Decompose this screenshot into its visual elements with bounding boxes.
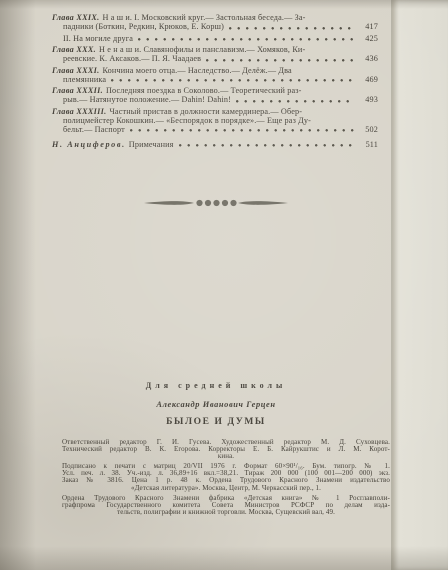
toc-entry-text: племянника — [63, 75, 106, 84]
divider-ornament-icon — [141, 197, 291, 209]
toc-entry-label: Глава XXXI. — [52, 66, 99, 75]
toc-entry-line: полицмейстер Кокошкин.— «Беспорядок в по… — [52, 116, 378, 125]
colophon-factory-paragraph: Ордена Трудового Красного Знамени фабрик… — [62, 495, 390, 516]
book-page-photo: Глава XXIX.Н а ш и. I. Московский круг.—… — [0, 0, 448, 570]
toc-entry-text: полицмейстер Кокошкин.— «Беспорядок в по… — [63, 116, 311, 125]
toc-entry-label: Глава XXIX. — [52, 13, 99, 22]
dot-leader — [236, 100, 355, 103]
toc-entry-line: II. На могиле друга425 — [52, 34, 378, 43]
toc-entry-label: Н. Анциферов. — [52, 140, 126, 149]
toc-entry-text: Н е н а ш и. Славянофилы и панславизм.— … — [99, 45, 305, 54]
book-title: БЫЛОЕ И ДУМЫ — [0, 417, 432, 427]
toc-page-number: 493 — [358, 95, 378, 104]
dot-leader — [206, 59, 355, 62]
colophon-line: «Детская литература». Москва, Центр, М. … — [62, 485, 390, 492]
bottom-edge-shadow — [0, 546, 448, 570]
dot-leader — [111, 79, 355, 82]
toc-entry-text: Кончина моего отца.— Наследство.— Делёж.… — [102, 66, 291, 75]
toc-entry: II. На могиле друга425 — [52, 34, 378, 43]
toc-entry-text: Примечания — [129, 140, 174, 149]
toc-entry-line: рыв.— Натянутое положение.— Dahin! Dahin… — [52, 95, 378, 104]
dot-leader — [138, 38, 355, 41]
divider-row — [0, 196, 432, 214]
author-name: Александр Иванович Герцен — [0, 400, 432, 409]
toc-page-number: 417 — [358, 22, 378, 31]
toc-entry-text: рыв.— Натянутое положение.— Dahin! Dahin… — [63, 95, 231, 104]
toc-entry-line: Глава XXXIII.Частный пристав в должности… — [52, 107, 378, 116]
top-edge-shadow — [0, 0, 448, 9]
colophon: Ответственный редактор Г. И. Гусева. Худ… — [62, 439, 390, 519]
toc-entry-text: реевские. К. Аксаков.— П. Я. Чаадаев — [63, 54, 201, 63]
dot-leader — [179, 144, 355, 147]
dot-leader — [229, 27, 355, 30]
toc-entry-text: II. На могиле друга — [63, 34, 133, 43]
toc-page-number: 511 — [358, 140, 378, 149]
toc-entry: Глава XXXI.Кончина моего отца.— Наследст… — [52, 66, 378, 84]
toc-entry-text: бельт.— Паспорт — [63, 125, 125, 134]
toc-entry-line: Глава XXIX.Н а ш и. I. Московский круг.—… — [52, 13, 378, 22]
toc-entry-text: падники (Боткин, Редкин, Крюков, Е. Корш… — [63, 22, 224, 31]
toc-page-number: 469 — [358, 75, 378, 84]
toc-entry-line: реевские. К. Аксаков.— П. Я. Чаадаев436 — [52, 54, 378, 63]
toc-page-number: 425 — [358, 34, 378, 43]
colophon-print-paragraph: Подписано к печати с матриц 20/VII 1976 … — [62, 463, 390, 491]
toc-entry-label: Глава XXXIII. — [52, 107, 106, 116]
gutter-shadow — [0, 0, 36, 570]
toc-entry-line: Глава XXX.Н е н а ш и. Славянофилы и пан… — [52, 45, 378, 54]
toc-entry: Глава XXIX.Н а ш и. I. Московский круг.—… — [52, 13, 378, 31]
toc-entry: Н. Анциферов.Примечания511 — [52, 140, 378, 149]
table-of-contents: Глава XXIX.Н а ш и. I. Московский круг.—… — [52, 13, 378, 151]
toc-entry-line: Н. Анциферов.Примечания511 — [52, 140, 378, 149]
toc-entry-line: бельт.— Паспорт502 — [52, 125, 378, 134]
toc-entry-line: Глава XXXII.Последняя поездка в Соколово… — [52, 86, 378, 95]
toc-page-number: 436 — [358, 54, 378, 63]
toc-entry-text: Последняя поездка в Соколово.— Теоретиче… — [106, 86, 302, 95]
series-note: Для средней школы — [0, 381, 432, 390]
toc-entry-line: падники (Боткин, Редкин, Крюков, Е. Корш… — [52, 22, 378, 31]
toc-entry-text: Частный пристав в должности камердинера.… — [109, 107, 302, 116]
colophon-line: тельств, полиграфии и книжной торговли. … — [62, 509, 390, 516]
dot-leader — [130, 129, 355, 132]
toc-entry-label: Глава XXX. — [52, 45, 96, 54]
page-fore-edge — [391, 0, 448, 570]
toc-entry-line: Глава XXXI.Кончина моего отца.— Наследст… — [52, 66, 378, 75]
toc-entry: Глава XXXIII.Частный пристав в должности… — [52, 107, 378, 134]
colophon-line: кина. — [62, 453, 390, 460]
toc-entry-line: племянника469 — [52, 75, 378, 84]
toc-entry: Глава XXXII.Последняя поездка в Соколово… — [52, 86, 378, 104]
colophon-staff-paragraph: Ответственный редактор Г. И. Гусева. Худ… — [62, 439, 390, 460]
toc-entry-label: Глава XXXII. — [52, 86, 103, 95]
toc-entry: Глава XXX.Н е н а ш и. Славянофилы и пан… — [52, 45, 378, 63]
toc-entry-text: Н а ш и. I. Московский круг.— Застольная… — [102, 13, 305, 22]
toc-page-number: 502 — [358, 125, 378, 134]
